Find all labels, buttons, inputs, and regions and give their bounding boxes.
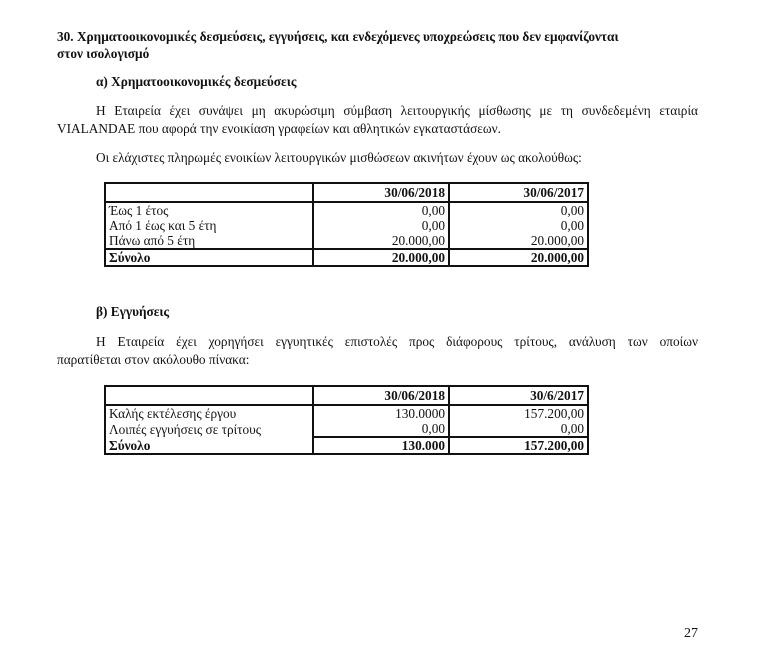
total-label: Σύνολο xyxy=(105,437,313,454)
lease-payments-table: 30/06/2018 30/06/2017 Έως 1 έτος 0,00 0,… xyxy=(104,182,589,267)
total-label: Σύνολο xyxy=(105,249,313,266)
table-row: Καλής εκτέλεσης έργου 130.0000 157.200,0… xyxy=(105,405,588,421)
row-value-2017: 0,00 xyxy=(449,218,588,233)
row-value-2017: 20.000,00 xyxy=(449,233,588,249)
commitments-intro: Οι ελάχιστες πληρωμές ενοικίων λειτουργι… xyxy=(96,149,582,166)
guarantees-paragraph-line-2: παρατίθεται στον ακόλουθο πίνακα: xyxy=(57,351,249,368)
section-title-line-1: 30. Χρηματοοικονομικές δεσμεύσεις, εγγυή… xyxy=(57,28,619,45)
section-title-line-2: στον ισολογισμό xyxy=(57,45,149,62)
row-value-2017: 0,00 xyxy=(449,421,588,437)
row-value-2018: 130.0000 xyxy=(313,405,449,421)
guarantees-table: 30/06/2018 30/6/2017 Καλής εκτέλεσης έργ… xyxy=(104,385,589,455)
row-value-2017: 0,00 xyxy=(449,202,588,218)
table-row: Πάνω από 5 έτη 20.000,00 20.000,00 xyxy=(105,233,588,249)
total-value-2018: 130.000 xyxy=(313,437,449,454)
row-label: Πάνω από 5 έτη xyxy=(105,233,313,249)
table-header-row: 30/06/2018 30/06/2017 xyxy=(105,183,588,202)
total-value-2017: 157.200,00 xyxy=(449,437,588,454)
row-label: Καλής εκτέλεσης έργου xyxy=(105,405,313,421)
total-value-2018: 20.000,00 xyxy=(313,249,449,266)
commitments-paragraph-line-2: VIALANDAE που αφορά την ενοικίαση γραφεί… xyxy=(57,120,501,137)
table-row: Λοιπές εγγυήσεις σε τρίτους 0,00 0,00 xyxy=(105,421,588,437)
table-total-row: Σύνολο 20.000,00 20.000,00 xyxy=(105,249,588,266)
guarantees-heading: β) Εγγυήσεις xyxy=(96,304,169,320)
page-number: 27 xyxy=(684,626,698,642)
header-label xyxy=(105,386,313,405)
row-value-2018: 0,00 xyxy=(313,421,449,437)
table-row: Έως 1 έτος 0,00 0,00 xyxy=(105,202,588,218)
row-value-2018: 20.000,00 xyxy=(313,233,449,249)
row-label: Έως 1 έτος xyxy=(105,202,313,218)
table-total-row: Σύνολο 130.000 157.200,00 xyxy=(105,437,588,454)
commitments-heading: α) Χρηματοοικονομικές δεσμεύσεις xyxy=(96,74,296,90)
commitments-paragraph-line-1: Η Εταιρεία έχει συνάψει μη ακυρώσιμη σύμ… xyxy=(96,102,698,119)
row-label: Από 1 έως και 5 έτη xyxy=(105,218,313,233)
header-2018: 30/06/2018 xyxy=(313,386,449,405)
header-2018: 30/06/2018 xyxy=(313,183,449,202)
row-value-2017: 157.200,00 xyxy=(449,405,588,421)
table-header-row: 30/06/2018 30/6/2017 xyxy=(105,386,588,405)
header-2017: 30/06/2017 xyxy=(449,183,588,202)
header-label xyxy=(105,183,313,202)
guarantees-paragraph-line-1: Η Εταιρεία έχει χορηγήσει εγγυητικές επι… xyxy=(96,333,698,350)
row-label: Λοιπές εγγυήσεις σε τρίτους xyxy=(105,421,313,437)
header-2017: 30/6/2017 xyxy=(449,386,588,405)
table-row: Από 1 έως και 5 έτη 0,00 0,00 xyxy=(105,218,588,233)
row-value-2018: 0,00 xyxy=(313,218,449,233)
row-value-2018: 0,00 xyxy=(313,202,449,218)
total-value-2017: 20.000,00 xyxy=(449,249,588,266)
